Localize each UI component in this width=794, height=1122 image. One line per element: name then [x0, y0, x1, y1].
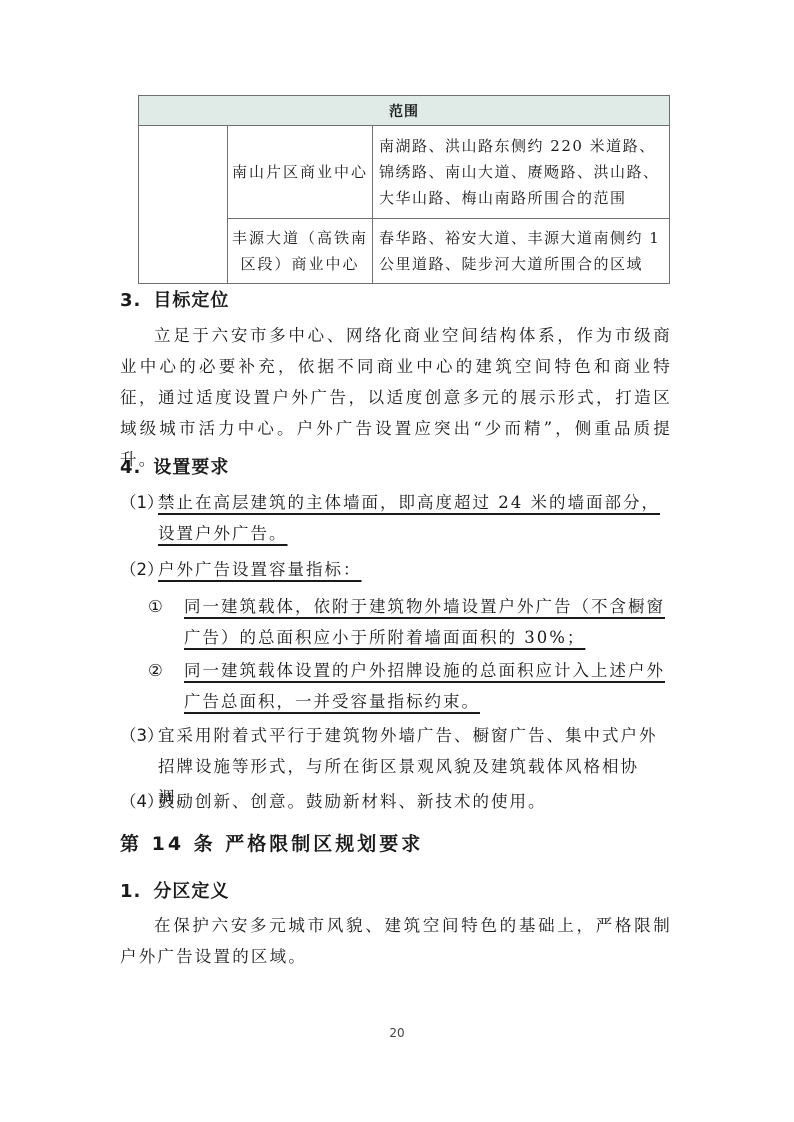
table-cell-scope: 南湖路、洪山路东侧约 220 米道路、锦绣路、南山大道、赓飏路、洪山路、大华山路…: [373, 126, 670, 219]
section-heading-requirements: 4.设置要求: [120, 453, 229, 479]
section-heading-zone-definition: 1.分区定义: [120, 877, 229, 903]
table-cell-name: 南山片区商业中心: [228, 126, 373, 219]
table-cell-category: [139, 126, 228, 284]
section-title: 分区定义: [153, 881, 229, 902]
list-item-label: （1）: [120, 487, 164, 518]
commercial-center-scope-table: 范围 南山片区商业中心 南湖路、洪山路东侧约 220 米道路、锦绣路、南山大道、…: [138, 95, 670, 284]
section-number: 1.: [120, 881, 141, 902]
sub-list-item-label: ②: [148, 655, 165, 686]
list-item-text: 鼓励创新、创意。鼓励新材料、新技术的使用。: [158, 786, 675, 817]
sub-list-item: ① 同一建筑载体，依附于建筑物外墙设置户外广告（不含橱窗广告）的总面积应小于所附…: [148, 591, 673, 653]
section-paragraph: 在保护六安多元城市风貌、建筑空间特色的基础上，严格限制户外广告设置的区域。: [120, 910, 672, 972]
page-number: 20: [0, 1026, 794, 1040]
list-item-label: （3）: [120, 720, 164, 751]
list-item-label: （2）: [120, 554, 164, 585]
section-number: 3.: [120, 290, 141, 311]
table-header-scope: 范围: [139, 96, 670, 126]
sub-list-item-label: ①: [148, 591, 165, 622]
table-header-row: 范围: [139, 96, 670, 126]
list-item: （1） 禁止在高层建筑的主体墙面，即高度超过 24 米的墙面部分，设置户外广告。: [120, 487, 675, 549]
table-row: 南山片区商业中心 南湖路、洪山路东侧约 220 米道路、锦绣路、南山大道、赓飏路…: [139, 126, 670, 219]
section-title: 设置要求: [153, 457, 229, 478]
list-item-text: 禁止在高层建筑的主体墙面，即高度超过 24 米的墙面部分，设置户外广告。: [158, 487, 675, 549]
sub-list-item-text: 同一建筑载体，依附于建筑物外墙设置户外广告（不含橱窗广告）的总面积应小于所附着墙…: [184, 591, 673, 653]
document-page: 范围 南山片区商业中心 南湖路、洪山路东侧约 220 米道路、锦绣路、南山大道、…: [0, 0, 794, 1122]
section-title: 目标定位: [153, 290, 229, 311]
table-cell-name: 丰源大道（高铁南区段）商业中心: [228, 219, 373, 284]
sub-list-item-text: 同一建筑载体设置的户外招牌设施的总面积应计入上述户外广告总面积，一并受容量指标约…: [184, 655, 673, 717]
table-cell-scope: 春华路、裕安大道、丰源大道南侧约 1 公里道路、陡步河大道所围合的区域: [373, 219, 670, 284]
section-number: 4.: [120, 457, 141, 478]
section-paragraph: 立足于六安市多中心、网络化商业空间结构体系，作为市级商业中心的必要补充，依据不同…: [120, 320, 672, 475]
list-item-label: （4）: [120, 786, 164, 817]
list-item: （2） 户外广告设置容量指标：: [120, 554, 675, 585]
list-item: （4） 鼓励创新、创意。鼓励新材料、新技术的使用。: [120, 786, 675, 817]
article-heading: 第 14 条 严格限制区规划要求: [120, 829, 423, 856]
sub-list-item: ② 同一建筑载体设置的户外招牌设施的总面积应计入上述户外广告总面积，一并受容量指…: [148, 655, 673, 717]
list-item-text: 户外广告设置容量指标：: [158, 560, 362, 579]
section-heading-target-positioning: 3.目标定位: [120, 286, 229, 312]
